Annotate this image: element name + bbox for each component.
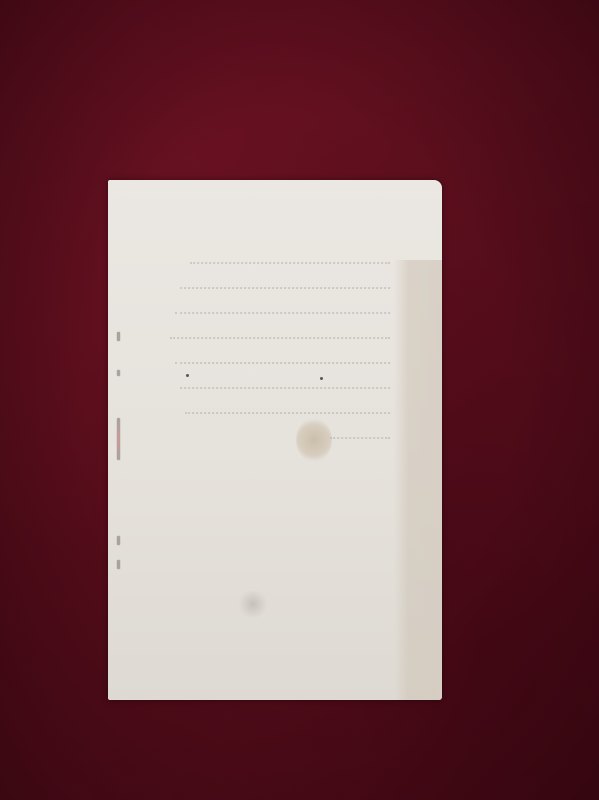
stitch-hole bbox=[117, 560, 120, 569]
speck bbox=[320, 377, 323, 380]
stitch-hole bbox=[117, 332, 120, 341]
text-line bbox=[190, 262, 391, 266]
text-line bbox=[180, 387, 391, 391]
stain bbox=[296, 418, 332, 462]
text-line bbox=[175, 312, 391, 316]
faint-handwriting bbox=[160, 262, 390, 462]
text-line bbox=[185, 412, 391, 416]
speck bbox=[186, 374, 189, 377]
text-line bbox=[180, 287, 391, 291]
smudge bbox=[238, 590, 268, 618]
stitch-hole bbox=[117, 536, 120, 545]
text-line bbox=[330, 437, 391, 441]
manuscript-page bbox=[108, 180, 442, 700]
stitch-hole bbox=[117, 370, 120, 376]
text-line bbox=[175, 362, 391, 366]
text-line bbox=[170, 337, 391, 341]
stitch-hole bbox=[117, 418, 120, 460]
fore-edge-discoloration bbox=[394, 260, 442, 700]
